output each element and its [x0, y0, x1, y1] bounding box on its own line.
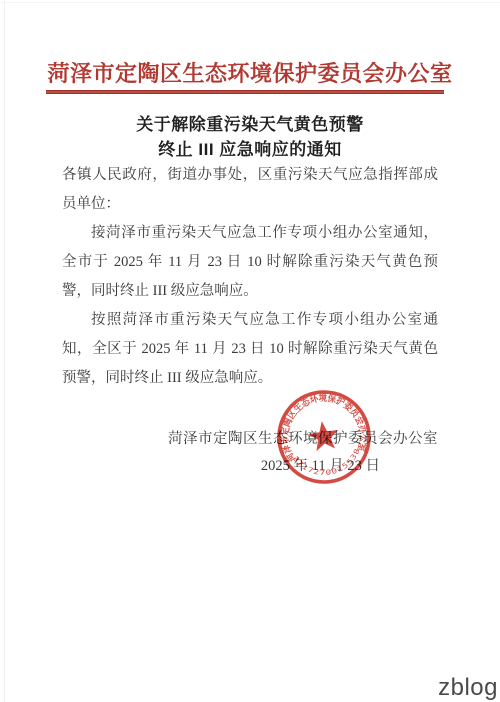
document-title-line2: 终止 III 应急响应的通知 — [0, 137, 500, 162]
salutation-line: 各镇人民政府，街道办事处，区重污染天气应急指挥部成员单位： — [62, 161, 438, 219]
document-title-line1: 关于解除重污染天气黄色预警 — [0, 112, 500, 137]
document-title: 关于解除重污染天气黄色预警 终止 III 应急响应的通知 — [0, 112, 500, 162]
document-body: 各镇人民政府，街道办事处，区重污染天气应急指挥部成员单位： 接菏泽市重污染天气应… — [62, 161, 438, 393]
document-page: 菏泽市定陶区生态环境保护委员会办公室 关于解除重污染天气黄色预警 终止 III … — [0, 0, 500, 702]
header-org-name: 菏泽市定陶区生态环境保护委员会办公室 — [0, 57, 500, 88]
body-paragraph-2: 按照菏泽市重污染天气应急工作专项小组办公室通知，全区于 2025 年 11 月 … — [62, 306, 438, 393]
official-seal-stamp: 菏泽市定陶区生态环境保护委员会办公室 3717270015538 — [256, 369, 392, 505]
seal-star-icon — [307, 419, 341, 452]
header-red-rule — [46, 90, 444, 94]
watermark-zblog: zblog — [438, 674, 498, 702]
body-paragraph-1: 接菏泽市重污染天气应急工作专项小组办公室通知，全市于 2025 年 11 月 2… — [62, 219, 438, 306]
